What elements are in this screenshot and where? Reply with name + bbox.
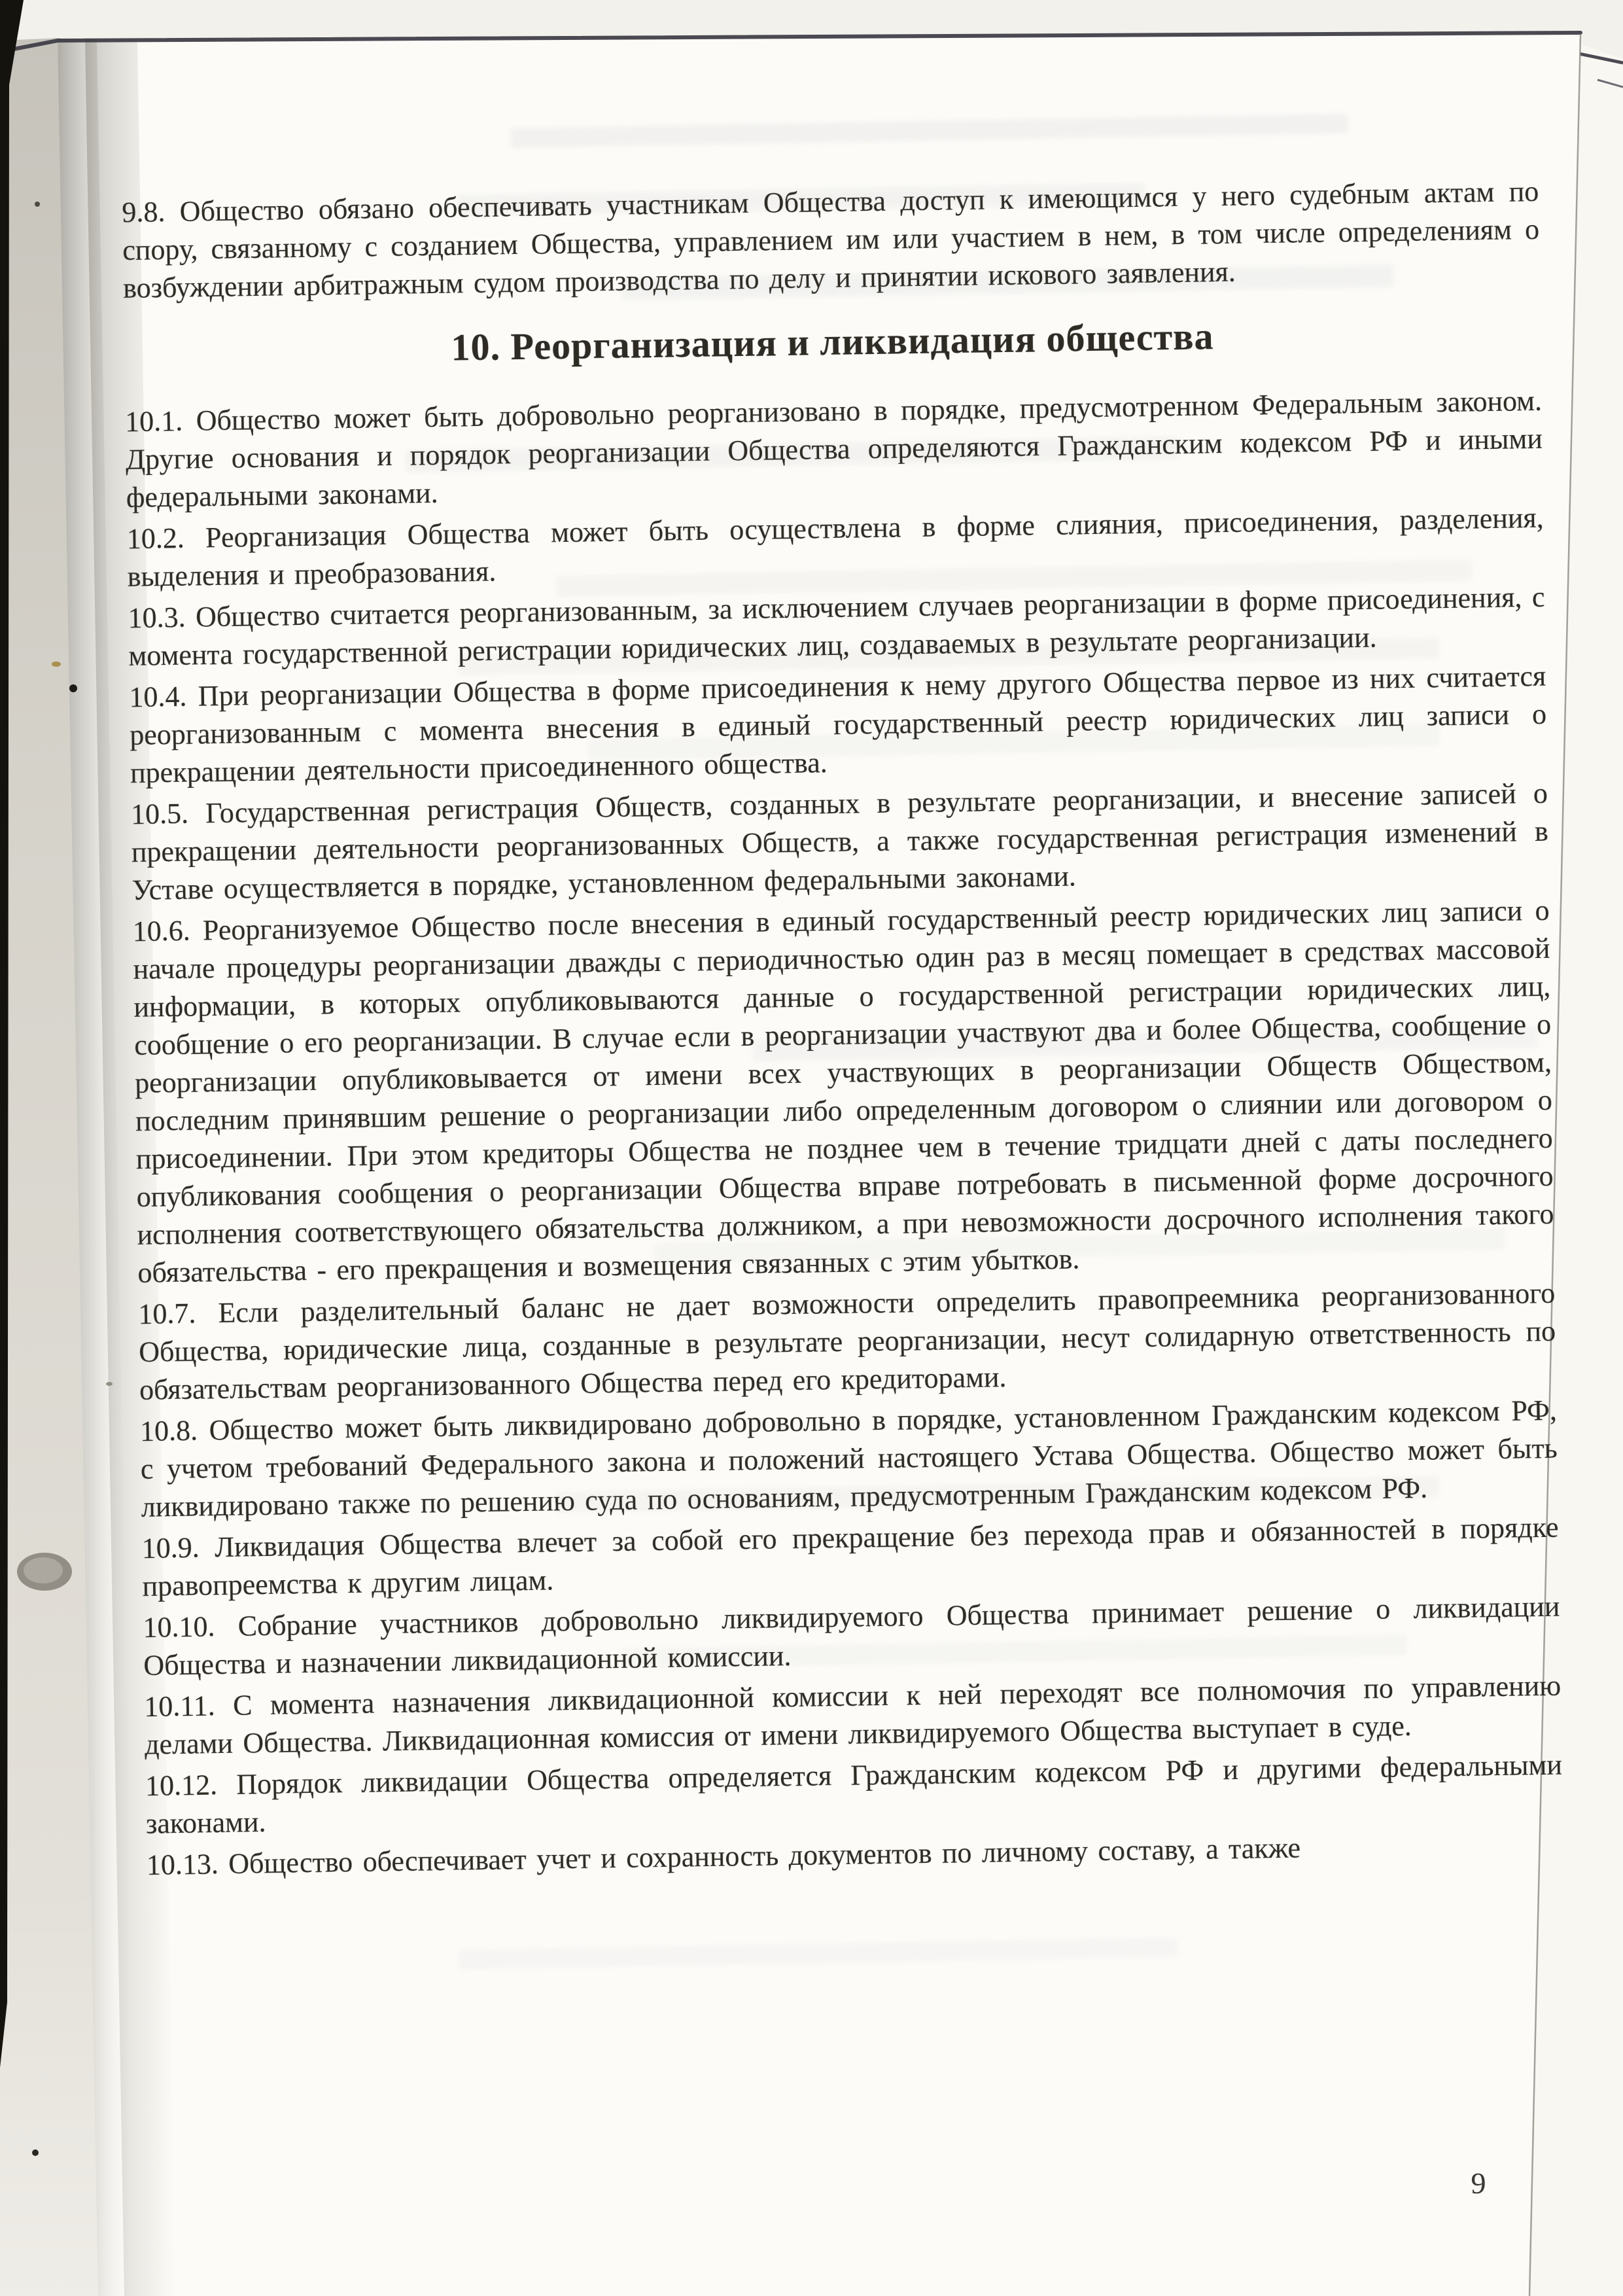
- punch-hole-inner: [24, 1557, 63, 1583]
- paragraph-10-7: 10.7. Если разделительный баланс не дает…: [138, 1275, 1556, 1409]
- toner-mark: [106, 1382, 113, 1386]
- paragraph-10-6: 10.6. Реорганизуемое Общество после внес…: [132, 892, 1554, 1292]
- paragraph-10-4: 10.4. При реорганизации Общества в форме…: [129, 658, 1547, 792]
- paragraph-10-8: 10.8. Общество может быть ликвидировано …: [140, 1392, 1558, 1527]
- paragraph-10-5: 10.5. Государственная регистрация Общест…: [131, 775, 1549, 910]
- page-text-layer: 9.8. Общество обязано обеспечивать участ…: [122, 173, 1563, 1888]
- ink-speck: [32, 2149, 39, 2156]
- paragraph-9-8: 9.8. Общество обязано обеспечивать участ…: [122, 173, 1540, 308]
- section-heading: 10. Реорганизация и ликвидация общества: [124, 311, 1541, 373]
- ink-speck: [35, 202, 40, 207]
- ink-speck: [69, 684, 77, 692]
- page-number: 9: [1439, 2166, 1518, 2200]
- paragraph-10-1: 10.1. Общество может быть добровольно ре…: [125, 382, 1543, 517]
- toner-mark: [52, 662, 61, 667]
